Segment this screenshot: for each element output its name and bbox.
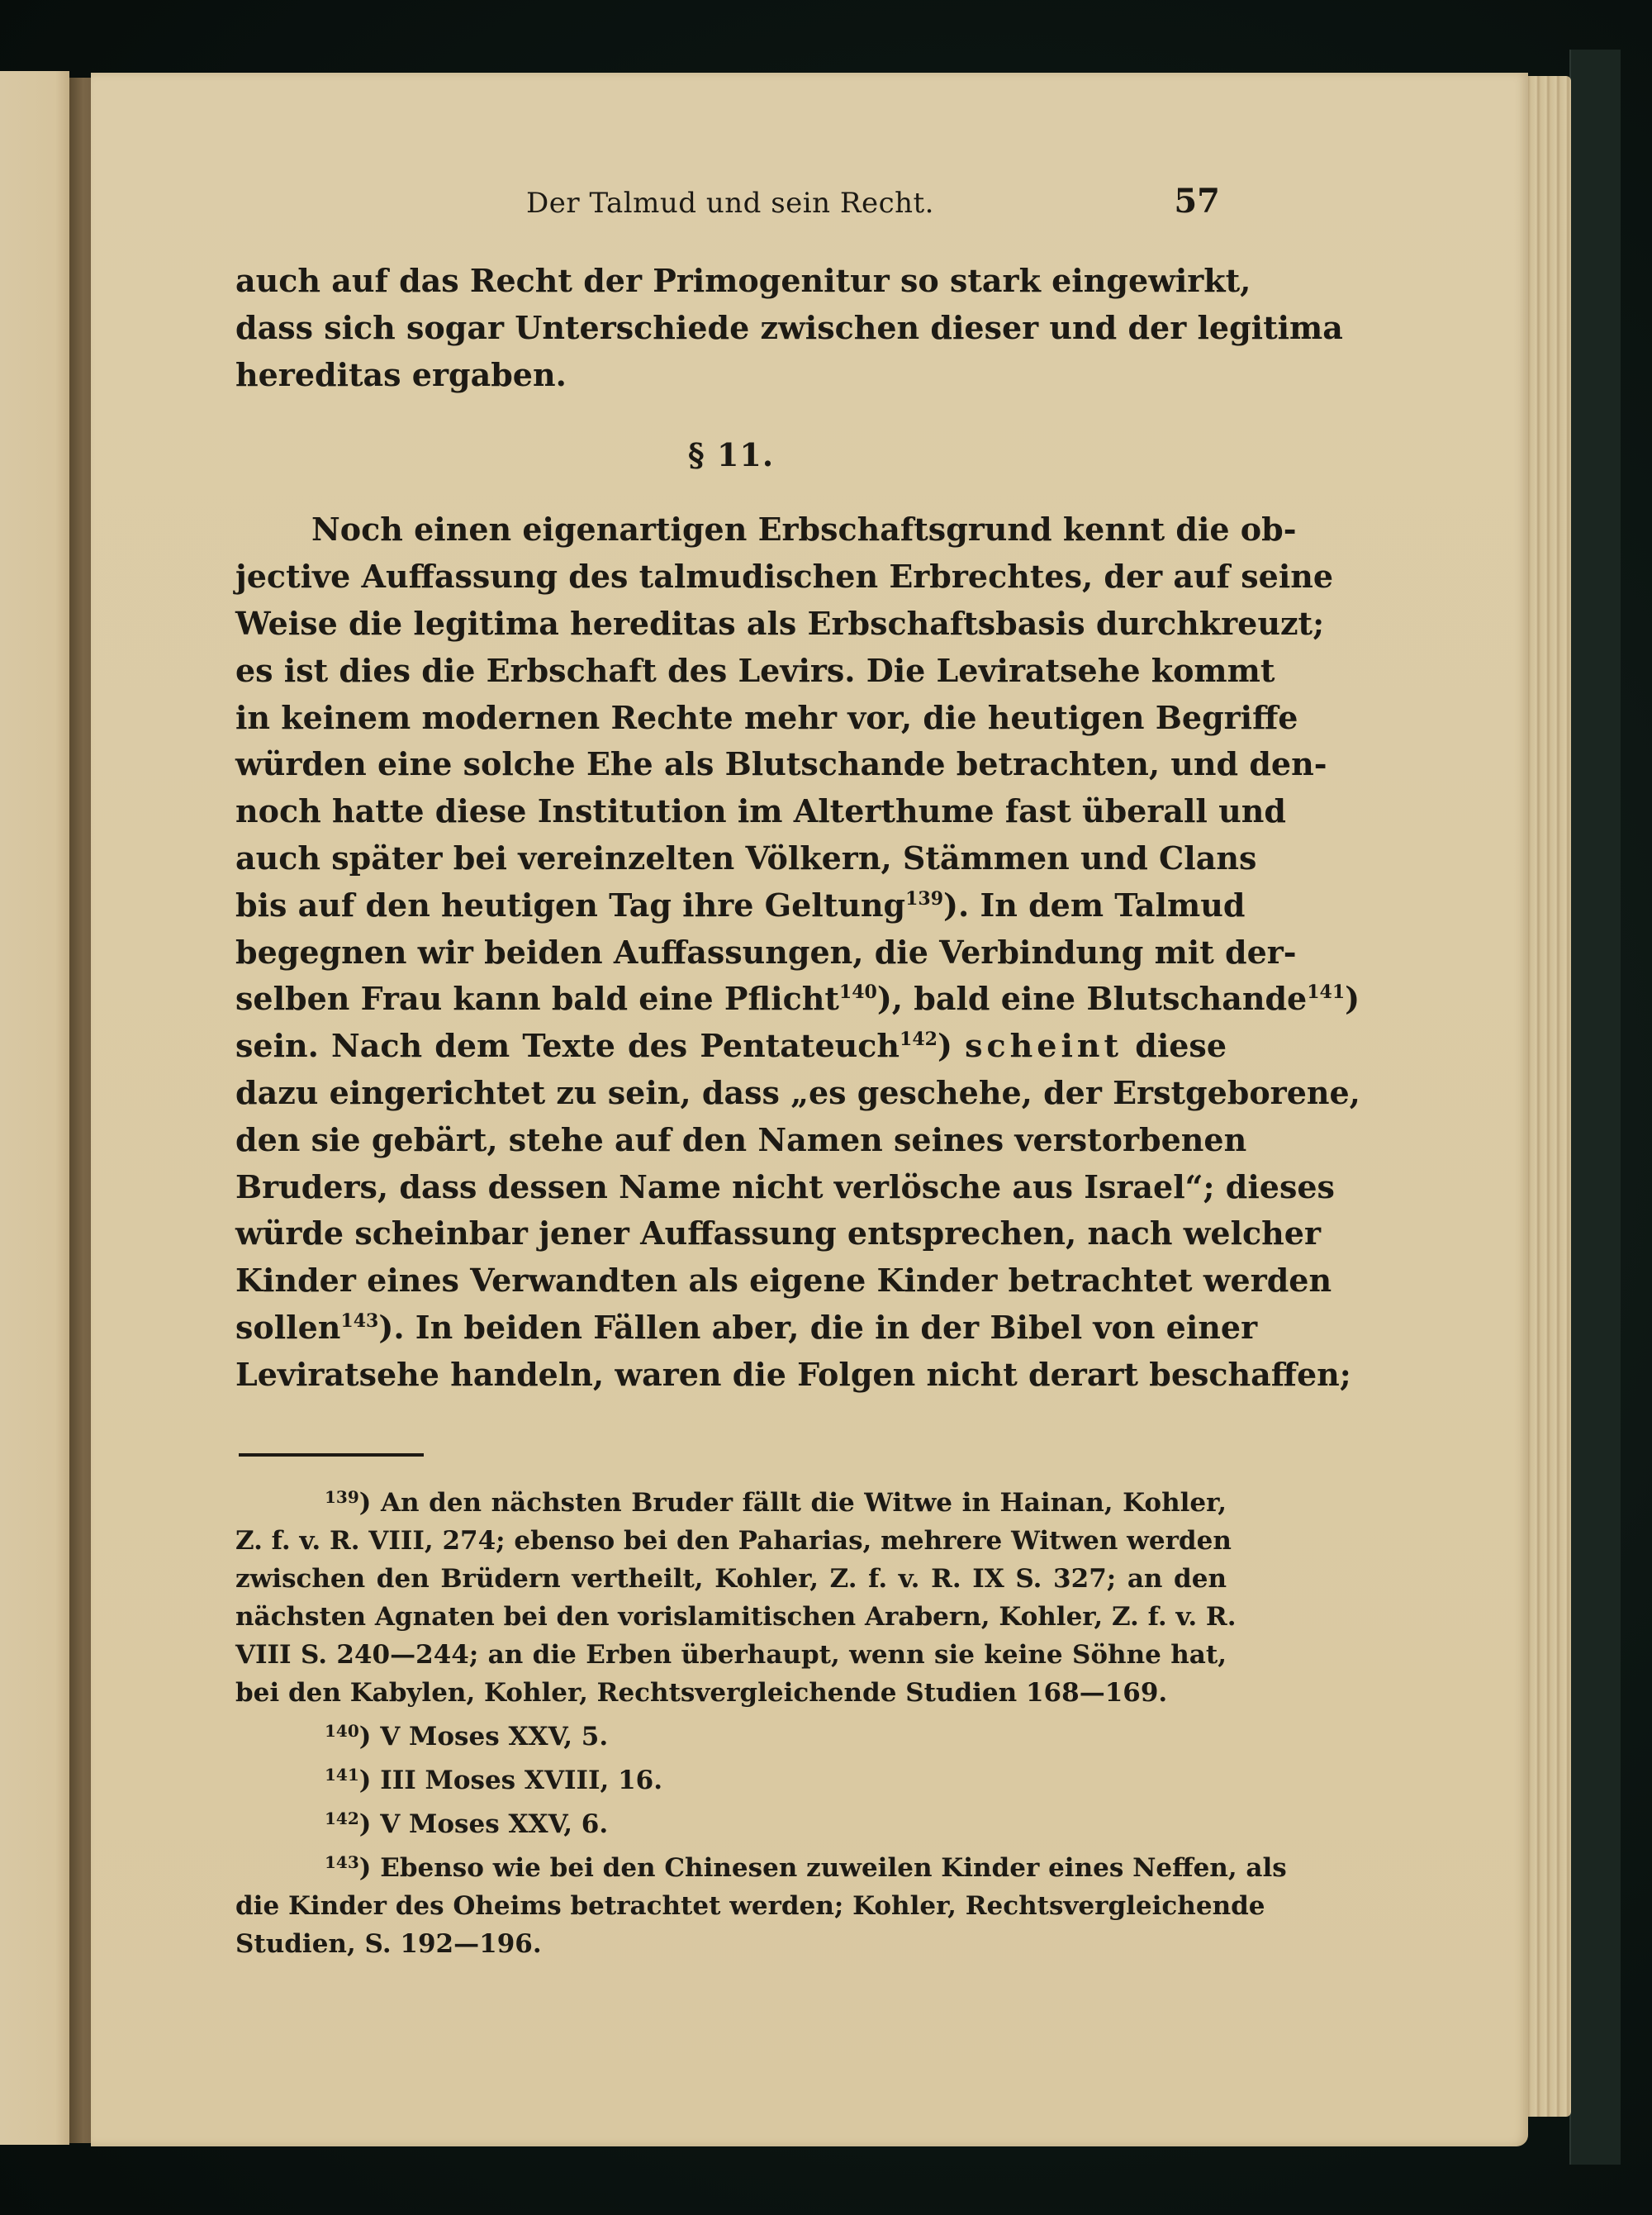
text-segment: diese: [1135, 1027, 1227, 1064]
footnote-line: 141) III Moses XVIII, 16.: [235, 1756, 1227, 1799]
left-page-edge: [0, 71, 69, 2145]
page-stack-edge: [1521, 76, 1571, 2117]
footnote-140: 140) V Moses XXV, 5.: [235, 1712, 1227, 1756]
text-line: selben Frau kann bald eine Pflicht140), …: [235, 976, 1227, 1023]
footnote-142: 142) V Moses XXV, 6.: [235, 1799, 1227, 1843]
footnote-line: 143) Ebenso wie bei den Chinesen zuweile…: [235, 1843, 1227, 1887]
text-line: sein. Nach dem Texte des Pentateuch142) …: [235, 1023, 1227, 1070]
text-line: Bruders, dass dessen Name nicht verlösch…: [235, 1164, 1227, 1211]
footnote-line: 139) An den nächsten Bruder fällt die Wi…: [235, 1478, 1227, 1522]
footnote-number: 141: [325, 1765, 359, 1785]
footnote-line: zwischen den Brüdern vertheilt, Kohler, …: [235, 1560, 1227, 1598]
footnote-ref-140[interactable]: 140: [839, 982, 877, 1003]
text-line: in keinem modernen Rechte mehr vor, die …: [235, 695, 1227, 742]
running-title: Der Talmud und sein Recht.: [526, 187, 934, 220]
text-segment: ), bald eine Blutschande: [877, 980, 1307, 1017]
page-content: Der Talmud und sein Recht. 57 auch auf d…: [235, 165, 1227, 1963]
footnote-divider: [239, 1453, 424, 1457]
text-line: dass sich sogar Unterschiede zwischen di…: [235, 305, 1227, 352]
text-line: Weise die legitima hereditas als Erbscha…: [235, 601, 1227, 648]
text-segment: ). In beiden Fällen aber, die in der Bib…: [378, 1309, 1257, 1346]
text-line: hereditas ergaben.: [235, 352, 1227, 399]
footnote-139: 139) An den nächsten Bruder fällt die Wi…: [235, 1478, 1227, 1712]
footnote-number: 142: [325, 1809, 359, 1828]
text-segment: ) An den nächsten Bruder fällt die Witwe…: [359, 1488, 1227, 1518]
footnote-line: Z. f. v. R. VIII, 274; ebenso bei den Pa…: [235, 1522, 1227, 1560]
footnote-line: bei den Kabylen, Kohler, Rechtsvergleich…: [235, 1674, 1227, 1712]
text-segment: ) V Moses XXV, 5.: [359, 1722, 608, 1752]
text-line: jective Auffassung des talmudischen Erbr…: [235, 554, 1227, 601]
text-line: Noch einen eigenartigen Erbschaftsgrund …: [235, 506, 1227, 554]
footnote-number: 139: [325, 1487, 359, 1507]
footnote-number: 143: [325, 1852, 359, 1872]
text-segment: ) Ebenso wie bei den Chinesen zuweilen K…: [359, 1853, 1287, 1883]
text-line: Kinder eines Verwandten als eigene Kinde…: [235, 1257, 1227, 1305]
footnote-ref-142[interactable]: 142: [900, 1029, 938, 1050]
footnote-line: 142) V Moses XXV, 6.: [235, 1799, 1227, 1843]
footnote-number: 140: [325, 1721, 359, 1741]
footnote-line: Studien, S. 192—196.: [235, 1925, 1227, 1963]
text-line: würden eine solche Ehe als Blutschande b…: [235, 741, 1227, 788]
footnote-line: 140) V Moses XXV, 5.: [235, 1712, 1227, 1756]
text-line: würde scheinbar jener Auffassung entspre…: [235, 1210, 1227, 1257]
footnote-line: nächsten Agnaten bei den vorislamitische…: [235, 1598, 1227, 1636]
text-segment: ): [938, 1027, 952, 1064]
text-line: sollen143). In beiden Fällen aber, die i…: [235, 1305, 1227, 1352]
footnote-ref-143[interactable]: 143: [340, 1310, 378, 1332]
paragraph-1: auch auf das Recht der Primogenitur so s…: [235, 258, 1227, 398]
text-segment: ): [1345, 980, 1360, 1017]
text-line: auch auf das Recht der Primogenitur so s…: [235, 258, 1227, 305]
text-line: auch später bei vereinzelten Völkern, St…: [235, 835, 1227, 882]
text-line: begegnen wir beiden Auffassungen, die Ve…: [235, 929, 1227, 977]
text-line: dazu eingerichtet zu sein, dass „es gesc…: [235, 1070, 1227, 1117]
footnotes: 139) An den nächsten Bruder fällt die Wi…: [235, 1478, 1227, 1963]
text-segment: ). In dem Talmud: [943, 886, 1245, 924]
paragraph-2: Noch einen eigenartigen Erbschaftsgrund …: [235, 506, 1227, 1398]
text-segment: sein. Nach dem Texte des Pentateuch: [235, 1027, 900, 1064]
text-line: bis auf den heutigen Tag ihre Geltung139…: [235, 882, 1227, 929]
text-line: Leviratsehe handeln, waren die Folgen ni…: [235, 1352, 1227, 1399]
footnote-143: 143) Ebenso wie bei den Chinesen zuweile…: [235, 1843, 1227, 1963]
text-segment: ) V Moses XXV, 6.: [359, 1809, 608, 1839]
footnote-ref-141[interactable]: 141: [1307, 982, 1345, 1003]
text-segment: ) III Moses XVIII, 16.: [359, 1766, 662, 1795]
cover-edge: [1569, 50, 1621, 2165]
footnote-line: die Kinder des Oheims betrachtet werden;…: [235, 1887, 1227, 1925]
page-number: 57: [1174, 182, 1220, 221]
footnote-ref-139[interactable]: 139: [905, 888, 943, 910]
text-segment: bis auf den heutigen Tag ihre Geltung: [235, 886, 905, 924]
emphasized-word: scheint: [965, 1027, 1123, 1064]
section-heading: § 11.: [235, 436, 1227, 473]
text-line: noch hatte diese Institution im Alterthu…: [235, 788, 1227, 835]
text-segment: sollen: [235, 1309, 340, 1346]
footnote-141: 141) III Moses XVIII, 16.: [235, 1756, 1227, 1799]
text-segment: selben Frau kann bald eine Pflicht: [235, 980, 839, 1017]
text-line: es ist dies die Erbschaft des Levirs. Di…: [235, 648, 1227, 695]
footnote-line: VIII S. 240—244; an die Erben überhaupt,…: [235, 1636, 1227, 1674]
text-line: den sie gebärt, stehe auf den Namen sein…: [235, 1117, 1227, 1164]
running-head: Der Talmud und sein Recht. 57: [235, 165, 1227, 223]
